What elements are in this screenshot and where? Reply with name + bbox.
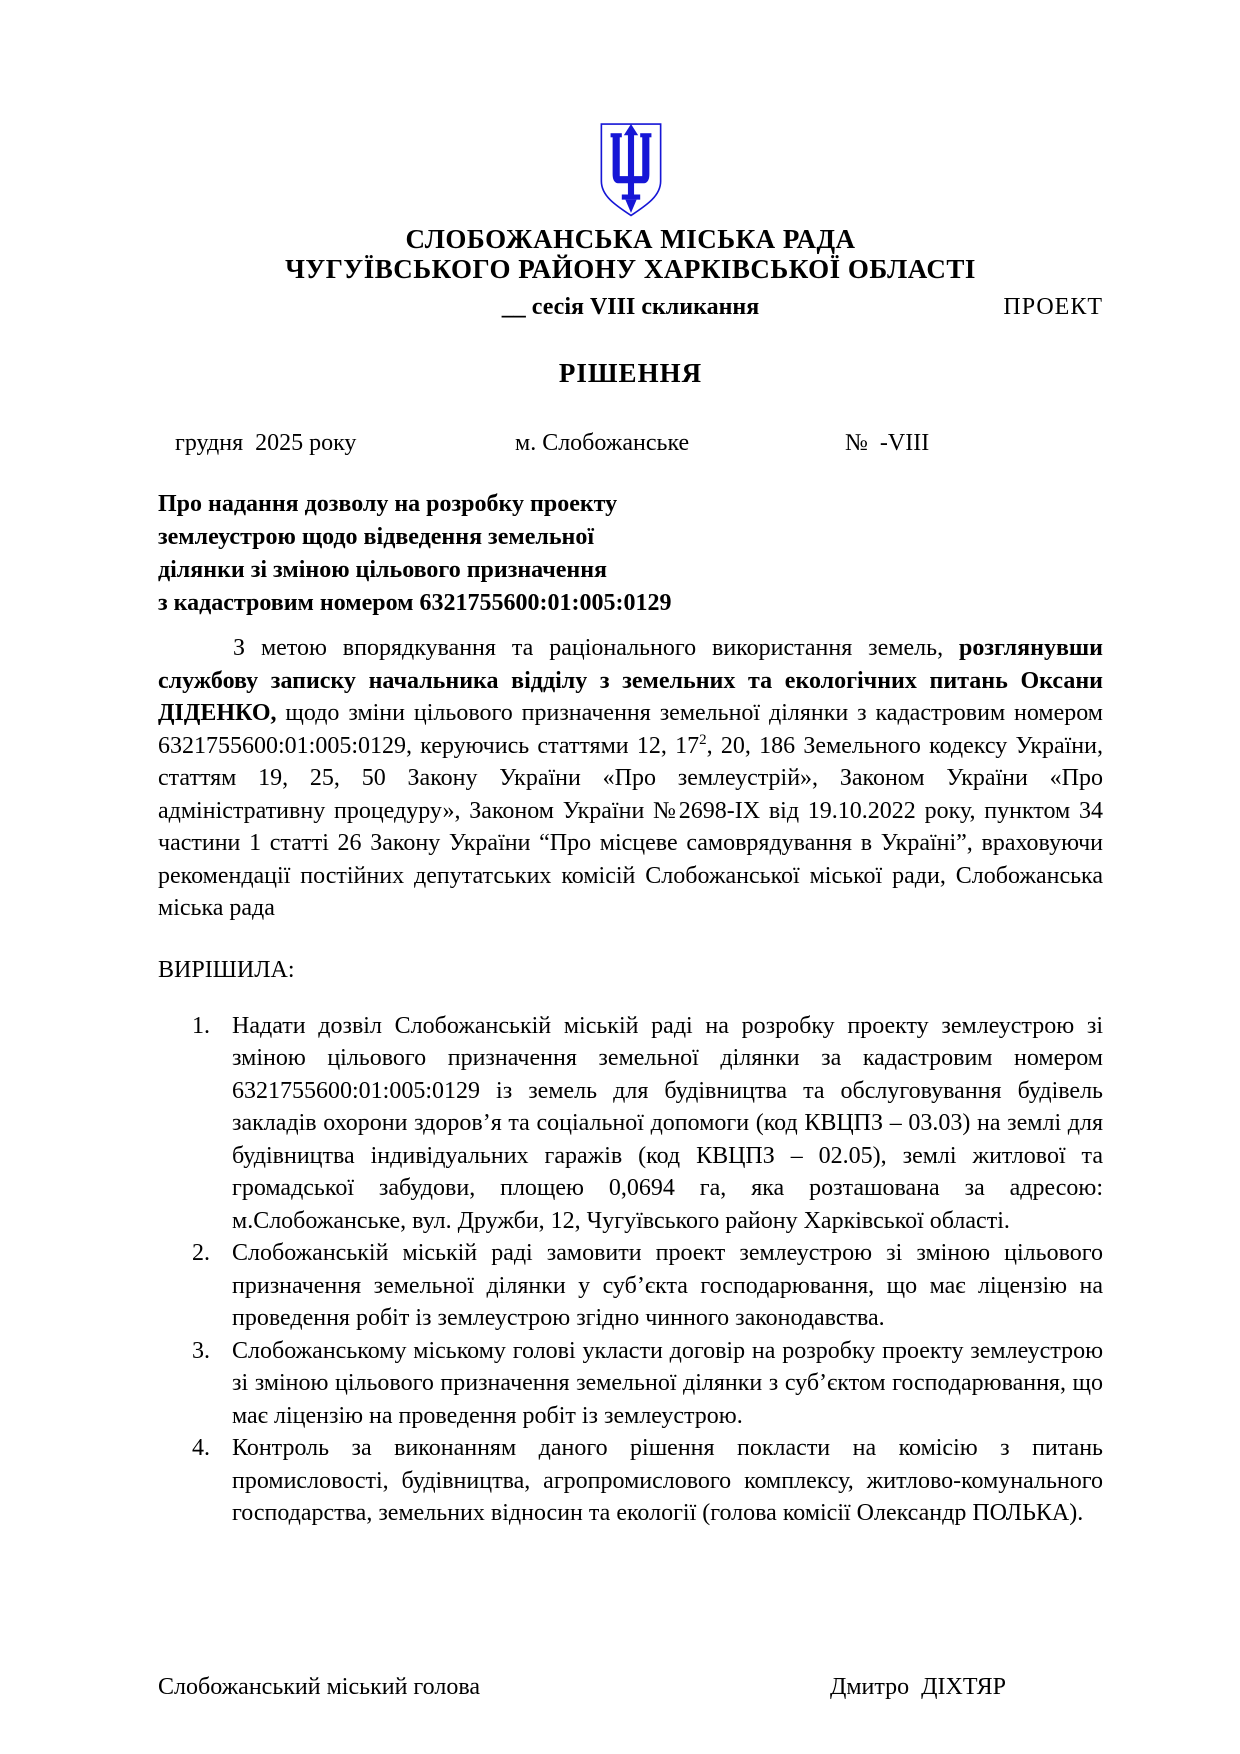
resolution-heading: ВИРІШИЛА:	[158, 954, 1103, 987]
draft-label: ПРОЕКТ	[1003, 291, 1103, 324]
number-line: № -VIII	[845, 427, 929, 460]
council-name: СЛОБОЖАНСЬКА МІСЬКА РАДА	[158, 224, 1103, 254]
item-number: 2.	[192, 1237, 232, 1335]
preamble-rest: , 20, 186 Земельного кодексу України, ст…	[158, 733, 1103, 922]
item-number: 4.	[192, 1432, 232, 1530]
date-line: грудня 2025 року	[175, 427, 356, 460]
resolution-items: 1. Надати дозвіл Слобожанській міській р…	[158, 1010, 1103, 1530]
signature-row: Слобожанський міський голова Дмитро ДІХТ…	[158, 1671, 1103, 1704]
preamble-paragraph: З метою впорядкування та раціонального в…	[158, 632, 1103, 925]
subject-line: землеустрою щодо відведення земельної	[158, 521, 1103, 554]
ukraine-trident-coat-of-arms-icon	[600, 123, 662, 217]
emblem-container	[158, 123, 1103, 217]
subject-line: з кадастровим номером 6321755600:01:005:…	[158, 587, 1103, 620]
signature-name: Дмитро ДІХТЯР	[830, 1671, 1006, 1704]
session-row: __ сесія VIII скликання ПРОЕКТ	[158, 291, 1103, 324]
doc-type-title: РІШЕННЯ	[158, 357, 1103, 390]
resolution-item: 2. Слобожанській міській раді замовити п…	[158, 1237, 1103, 1335]
document-page: СЛОБОЖАНСЬКА МІСЬКА РАДА ЧУГУЇВСЬКОГО РА…	[0, 0, 1240, 1754]
item-number: 1.	[192, 1010, 232, 1238]
item-number: 3.	[192, 1335, 232, 1433]
subject-line: ділянки зі зміною цільового призначення	[158, 554, 1103, 587]
district-name: ЧУГУЇВСЬКОГО РАЙОНУ ХАРКІВСЬКОЇ ОБЛАСТІ	[158, 254, 1103, 284]
resolution-item: 1. Надати дозвіл Слобожанській міській р…	[158, 1010, 1103, 1238]
superscript-2: 2	[699, 732, 707, 748]
resolution-item: 4. Контроль за виконанням даного рішення…	[158, 1432, 1103, 1530]
item-text: Слобожанському міському голові укласти д…	[232, 1335, 1103, 1433]
signature-title: Слобожанський міський голова	[158, 1671, 480, 1704]
resolution-item: 3. Слобожанському міському голові укласт…	[158, 1335, 1103, 1433]
subject-block: Про надання дозволу на розробку проекту …	[158, 488, 1103, 620]
subject-line: Про надання дозволу на розробку проекту	[158, 488, 1103, 521]
place-line: м. Слобожанське	[515, 427, 689, 460]
meta-row: грудня 2025 року м. Слобожанське № -VIII	[158, 427, 1103, 460]
item-text: Надати дозвіл Слобожанській міській раді…	[232, 1010, 1103, 1238]
item-text: Слобожанській міській раді замовити прое…	[232, 1237, 1103, 1335]
preamble-intro: З метою впорядкування та раціонального в…	[233, 635, 959, 661]
item-text: Контроль за виконанням даного рішення по…	[232, 1432, 1103, 1530]
session-line: __ сесія VIII скликання	[502, 294, 759, 320]
